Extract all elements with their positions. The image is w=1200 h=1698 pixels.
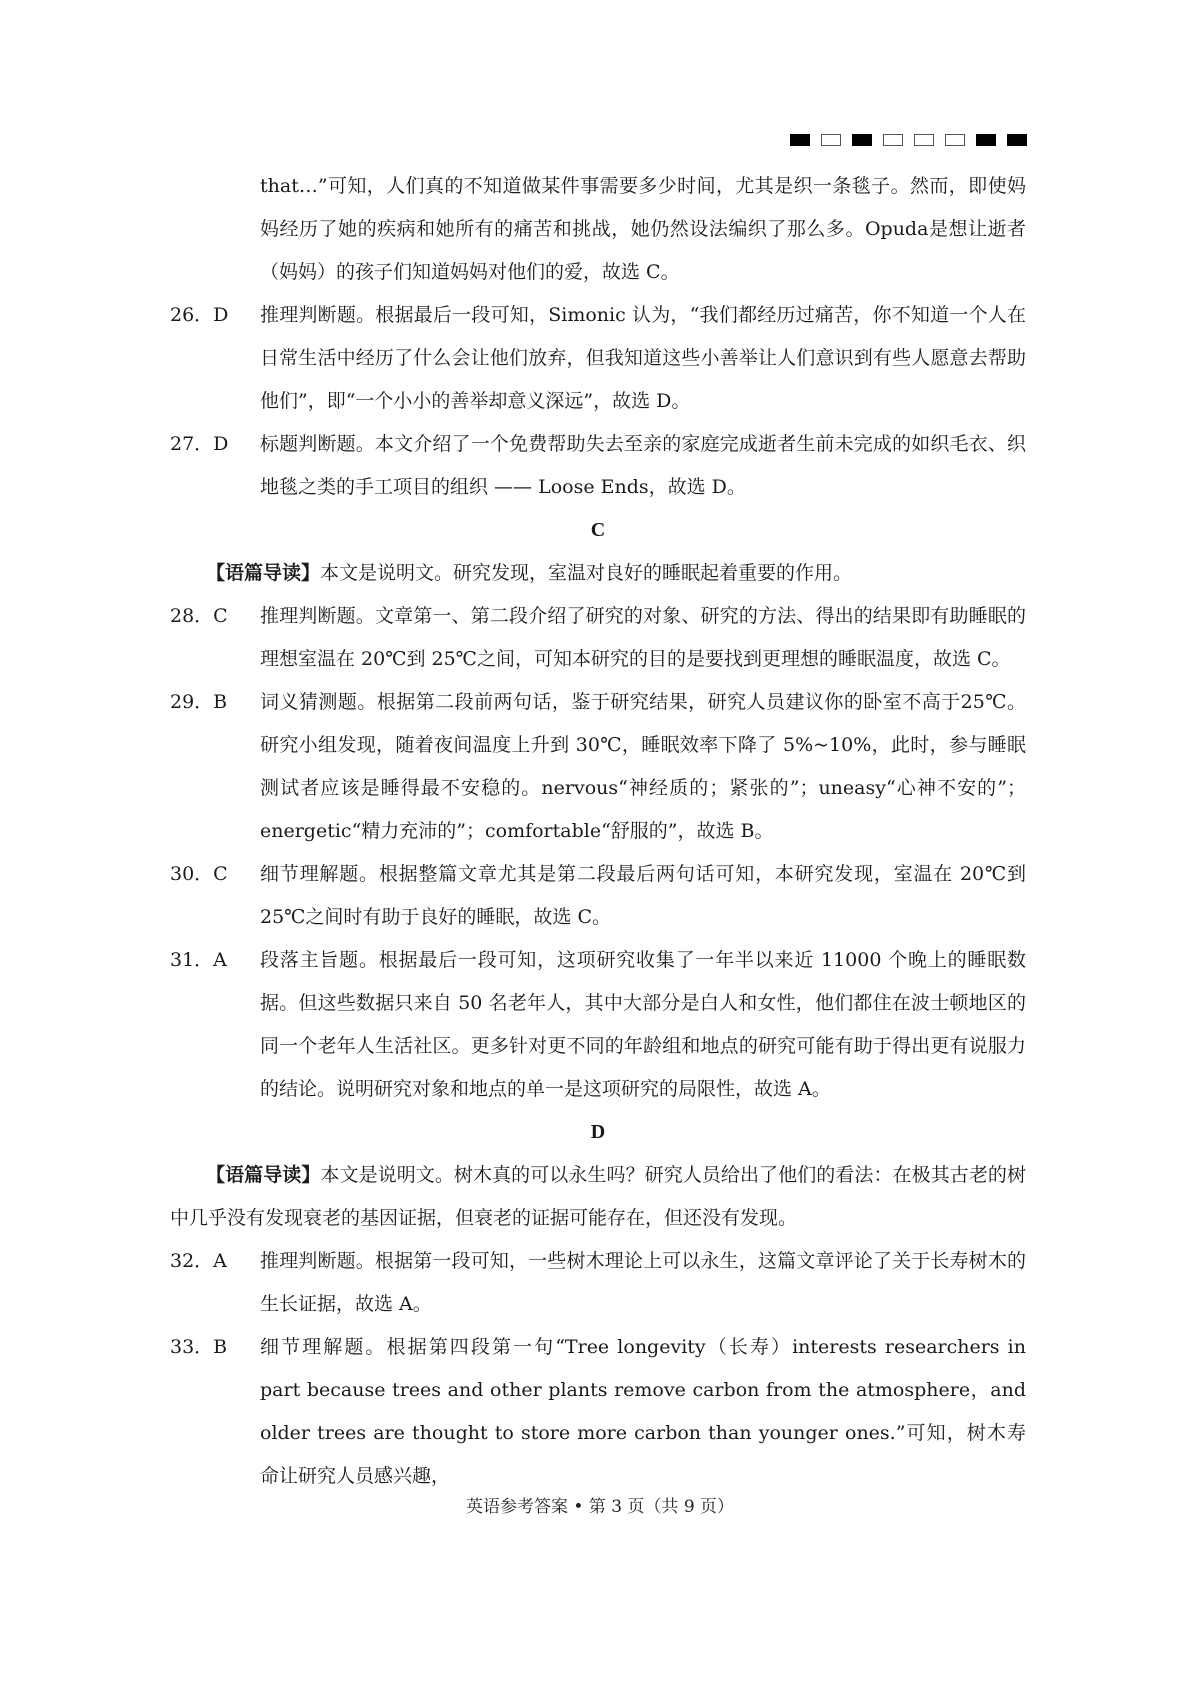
marker-box: [852, 134, 872, 146]
answer-explanation: 推理判断题。根据最后一段可知，Simonic 认为，“我们都经历过痛苦，你不知道…: [260, 294, 1026, 423]
answer-explanation: 细节理解题。根据第四段第一句“Tree longevity（长寿）interes…: [260, 1326, 1026, 1498]
answer-item-26: 26．D 推理判断题。根据最后一段可知，Simonic 认为，“我们都经历过痛苦…: [170, 294, 1026, 423]
answer-item-29: 29．B 词义猜测题。根据第二段前两句话，鉴于研究结果，研究人员建议你的卧室不高…: [170, 681, 1026, 853]
answer-item-32: 32．A 推理判断题。根据第一段可知，一些树木理论上可以永生，这篇文章评论了关于…: [170, 1240, 1026, 1326]
answer-number: 30．C: [170, 853, 260, 896]
answer-explanation: 段落主旨题。根据最后一段可知，这项研究收集了一年半以来近 11000 个晚上的睡…: [260, 939, 1026, 1111]
answer-number: 32．A: [170, 1240, 260, 1283]
answer-explanation: 推理判断题。根据第一段可知，一些树木理论上可以永生，这篇文章评论了关于长寿树木的…: [260, 1240, 1026, 1326]
marker-box: [1007, 134, 1027, 146]
answer-item-28: 28．C 推理判断题。文章第一、第二段介绍了研究的对象、研究的方法、得出的结果即…: [170, 595, 1026, 681]
answer-number: 27．D: [170, 423, 260, 466]
page-footer: 英语参考答案 • 第 3 页（共 9 页）: [0, 1492, 1200, 1517]
intro-label: 【语篇导读】: [206, 562, 320, 584]
marker-box: [945, 134, 965, 146]
answer-number: 29．B: [170, 681, 260, 724]
main-content: that…”可知，人们真的不知道做某件事需要多少时间，尤其是织一条毯子。然而，即…: [170, 165, 1026, 1498]
intro-label: 【语篇导读】: [206, 1164, 320, 1186]
marker-box: [790, 134, 810, 146]
continuation-paragraph: that…”可知，人们真的不知道做某件事需要多少时间，尤其是织一条毯子。然而，即…: [170, 165, 1026, 294]
answer-explanation: 细节理解题。根据整篇文章尤其是第二段最后两句话可知，本研究发现，室温在 20℃到…: [260, 853, 1026, 939]
answer-number: 26．D: [170, 294, 260, 337]
answer-number: 28．C: [170, 595, 260, 638]
intro-text: 本文是说明文。研究发现，室温对良好的睡眠起着重要的作用。: [320, 562, 852, 584]
section-heading-d: D: [170, 1111, 1026, 1154]
answer-explanation: 标题判断题。本文介绍了一个免费帮助失去至亲的家庭完成逝者生前未完成的如织毛衣、织…: [260, 423, 1026, 509]
answer-explanation: 推理判断题。文章第一、第二段介绍了研究的对象、研究的方法、得出的结果即有助睡眠的…: [260, 595, 1026, 681]
answer-key-page: that…”可知，人们真的不知道做某件事需要多少时间，尤其是织一条毯子。然而，即…: [0, 0, 1200, 1698]
answer-item-33: 33．B 细节理解题。根据第四段第一句“Tree longevity（长寿）in…: [170, 1326, 1026, 1498]
answer-explanation: 词义猜测题。根据第二段前两句话，鉴于研究结果，研究人员建议你的卧室不高于25℃。…: [260, 681, 1026, 853]
section-heading-c: C: [170, 509, 1026, 552]
answer-number: 31．A: [170, 939, 260, 982]
marker-box: [914, 134, 934, 146]
answer-item-27: 27．D 标题判断题。本文介绍了一个免费帮助失去至亲的家庭完成逝者生前未完成的如…: [170, 423, 1026, 509]
page-marker-row: [790, 134, 1027, 146]
marker-box: [821, 134, 841, 146]
answer-item-31: 31．A 段落主旨题。根据最后一段可知，这项研究收集了一年半以来近 11000 …: [170, 939, 1026, 1111]
passage-intro-d: 【语篇导读】本文是说明文。树木真的可以永生吗？研究人员给出了他们的看法：在极其古…: [170, 1154, 1026, 1240]
answer-number: 33．B: [170, 1326, 260, 1369]
answer-item-30: 30．C 细节理解题。根据整篇文章尤其是第二段最后两句话可知，本研究发现，室温在…: [170, 853, 1026, 939]
passage-intro-c: 【语篇导读】本文是说明文。研究发现，室温对良好的睡眠起着重要的作用。: [170, 552, 1026, 595]
marker-box: [883, 134, 903, 146]
marker-box: [976, 134, 996, 146]
